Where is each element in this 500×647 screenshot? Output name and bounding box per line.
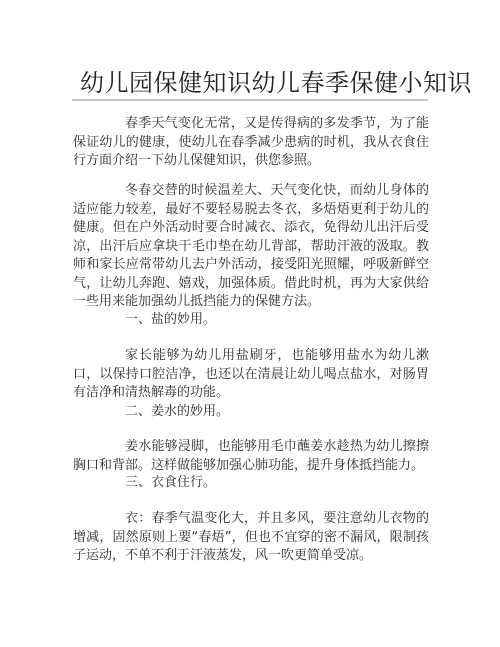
- paragraph-text: 家长能够为幼儿用盐刷牙，也能够用盐水为幼儿漱口，以保持口腔洁净，也还以在清晨让幼…: [73, 347, 429, 403]
- section-heading-ginger: 二、姜水的妙用。: [73, 403, 429, 422]
- season-paragraph: 冬春交替的时候温差大、天气变化快，而幼儿身体的适应能力较差，最好不要轻易脱去冬衣…: [73, 182, 429, 312]
- paragraph-text: 姜水能够浸脚，也能够用毛巾蘸姜水趁热为幼儿擦擦胸口和背部。这样做能够加强心肺功能…: [73, 438, 429, 475]
- section-heading-daily-life: 三、衣食住行。: [73, 474, 429, 493]
- paragraph-text: 冬春交替的时候温差大、天气变化快，而幼儿身体的适应能力较差，最好不要轻易脱去冬衣…: [73, 182, 429, 312]
- section-heading: 三、衣食住行。: [73, 474, 429, 493]
- title-divider: [72, 99, 428, 101]
- intro-paragraph: 春季天气变化无常，又是传得病的多发季节，为了能保证幼儿的健康，使幼儿在春季减少患…: [73, 115, 429, 171]
- paragraph-text: 春季天气变化无常，又是传得病的多发季节，为了能保证幼儿的健康，使幼儿在春季减少患…: [73, 115, 429, 171]
- section-text-salt: 家长能够为幼儿用盐刷牙，也能够用盐水为幼儿漱口，以保持口腔洁净，也还以在清晨让幼…: [73, 347, 429, 403]
- document-title: 幼儿园保健知识幼儿春季保健小知识: [80, 68, 440, 98]
- section-heading-salt: 一、盐的妙用。: [73, 311, 429, 330]
- section-text-clothing: 衣：春季气温变化大，并且多风，要注意幼儿衣物的增减，固然原则上要“春焐”，但也不…: [73, 510, 429, 566]
- paragraph-text: 衣：春季气温变化大，并且多风，要注意幼儿衣物的增减，固然原则上要“春焐”，但也不…: [73, 510, 429, 566]
- section-heading: 一、盐的妙用。: [73, 311, 429, 330]
- section-heading: 二、姜水的妙用。: [73, 403, 429, 422]
- section-text-ginger: 姜水能够浸脚，也能够用毛巾蘸姜水趁热为幼儿擦擦胸口和背部。这样做能够加强心肺功能…: [73, 438, 429, 475]
- document-page: 幼儿园保健知识幼儿春季保健小知识 春季天气变化无常，又是传得病的多发季节，为了能…: [0, 0, 500, 647]
